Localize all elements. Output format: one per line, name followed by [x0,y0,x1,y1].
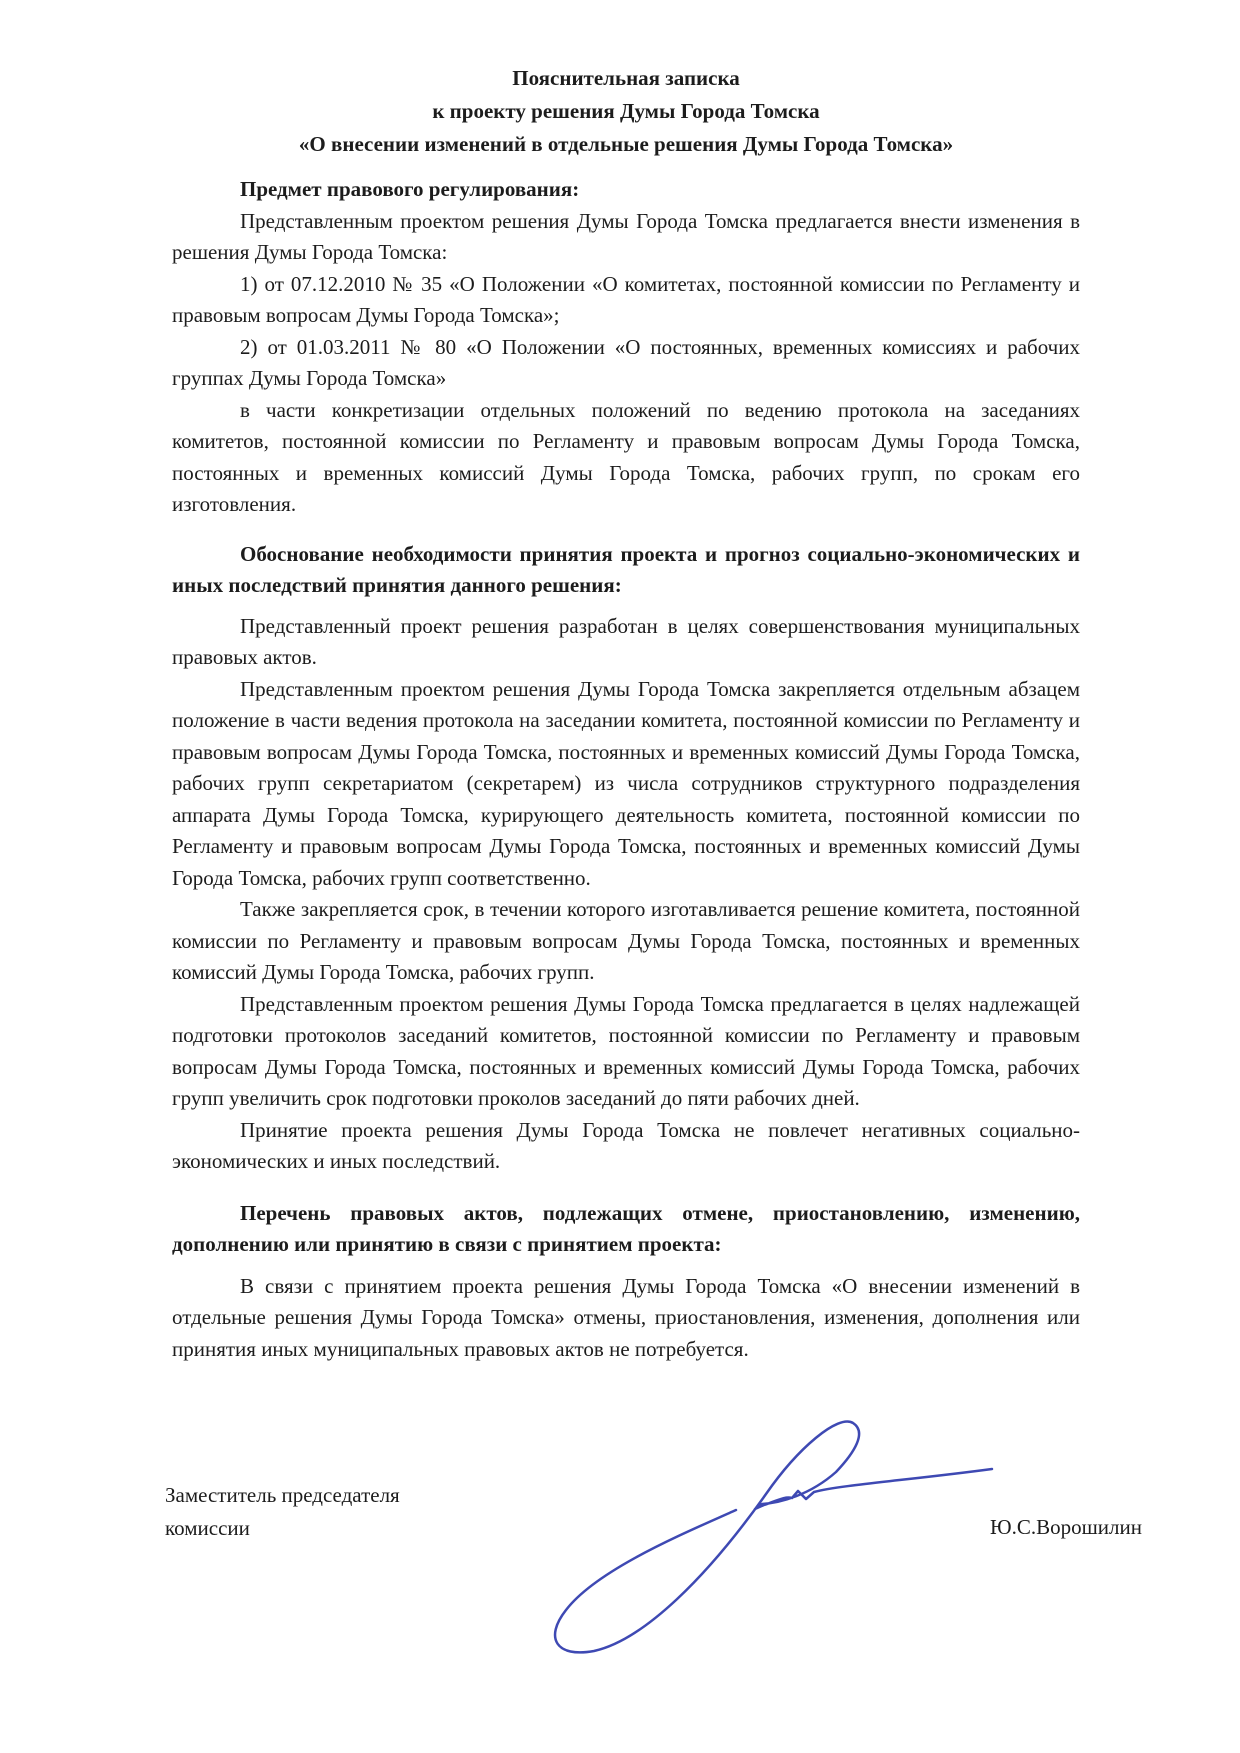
paragraph: 1) от 07.12.2010 № 35 «О Положении «О ко… [172,269,1080,332]
paragraph: Представленным проектом решения Думы Гор… [172,674,1080,895]
title-line: Пояснительная записка [172,62,1080,95]
document-page: Пояснительная записка к проекту решения … [0,0,1240,1753]
title-line: к проекту решения Думы Города Томска [172,95,1080,128]
section-acts-list: Перечень правовых актов, подлежащих отме… [172,1198,1080,1366]
signature-position-title: Заместитель председателя комиссии [165,1479,400,1545]
handwritten-signature [540,1400,1000,1680]
section-heading-justification: Обоснование необходимости принятия проек… [172,539,1080,602]
signature-position-line: комиссии [165,1512,400,1545]
paragraph: Также закрепляется срок, в течении котор… [172,894,1080,989]
paragraph: Представленный проект решения разработан… [172,611,1080,674]
signature-position-line: Заместитель председателя [165,1479,400,1512]
paragraph: в части конкретизации отдельных положени… [172,395,1080,521]
paragraph: Представленным проектом решения Думы Гор… [172,206,1080,269]
signature-ink [555,1422,992,1653]
section-subject: Предмет правового регулирования: Предста… [172,174,1080,521]
section-justification: Обоснование необходимости принятия проек… [172,539,1080,1178]
paragraph: Принятие проекта решения Думы Города Том… [172,1115,1080,1178]
title-line: «О внесении изменений в отдельные решени… [172,128,1080,161]
paragraph: Представленным проектом решения Думы Гор… [172,989,1080,1115]
section-heading-subject: Предмет правового регулирования: [172,174,1080,206]
signature-name: Ю.С.Ворошилин [990,1512,1142,1544]
paragraph: В связи с принятием проекта решения Думы… [172,1271,1080,1366]
paragraph: 2) от 01.03.2011 № 80 «О Положении «О по… [172,332,1080,395]
document-title: Пояснительная записка к проекту решения … [172,62,1080,161]
section-heading-acts-list: Перечень правовых актов, подлежащих отме… [172,1198,1080,1261]
